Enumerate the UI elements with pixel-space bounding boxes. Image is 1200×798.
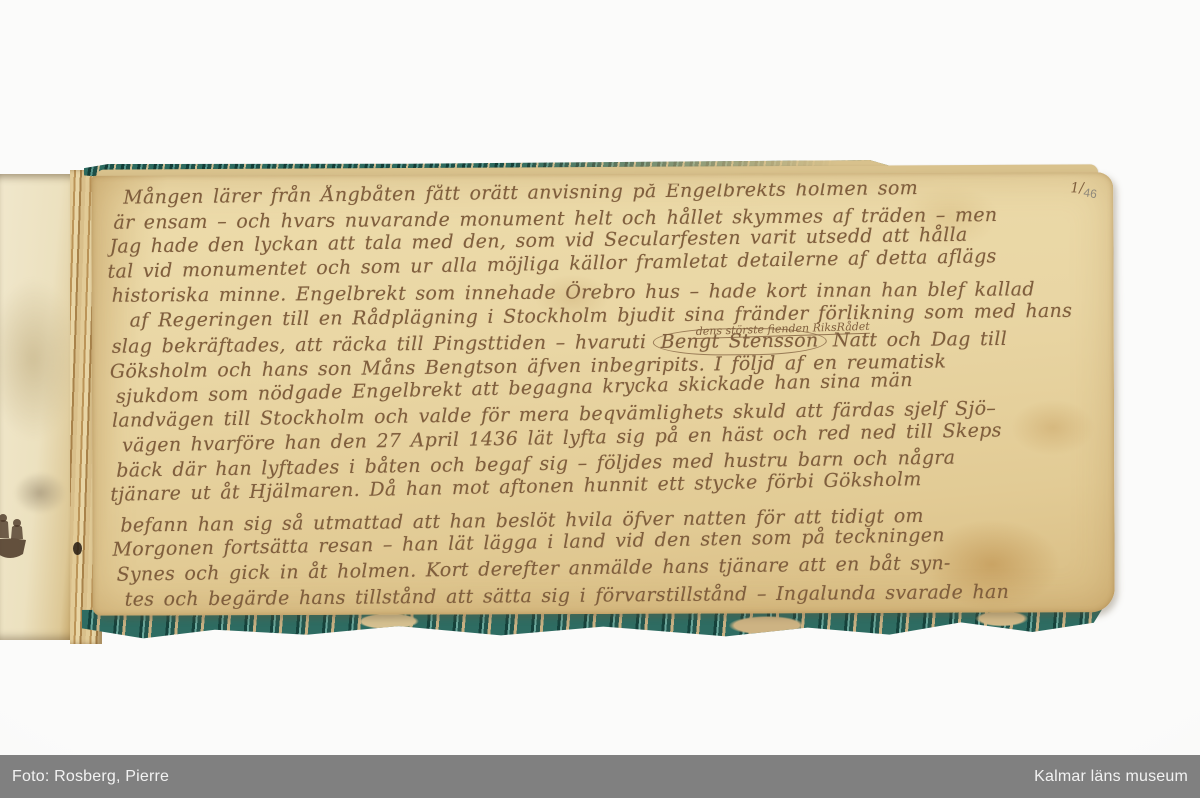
manuscript-page: 1/46 Mången lärer från Ångbåten fått orä… — [91, 172, 1115, 616]
museum-name: Kalmar läns museum — [1034, 768, 1188, 786]
boat-sketch — [0, 502, 50, 568]
caption-bar: Foto: Rosberg, Pierre Kalmar läns museum — [0, 755, 1200, 798]
binding-hole — [73, 542, 82, 555]
photo-credit: Foto: Rosberg, Pierre — [12, 768, 169, 786]
left-page-edge — [0, 174, 72, 640]
museum-photo-page: 1/46 Mången lärer från Ångbåten fått orä… — [0, 0, 1200, 798]
ink-bleed-smudge — [0, 279, 78, 439]
handwritten-text: Mången lärer från Ångbåten fått orätt an… — [107, 182, 1108, 609]
